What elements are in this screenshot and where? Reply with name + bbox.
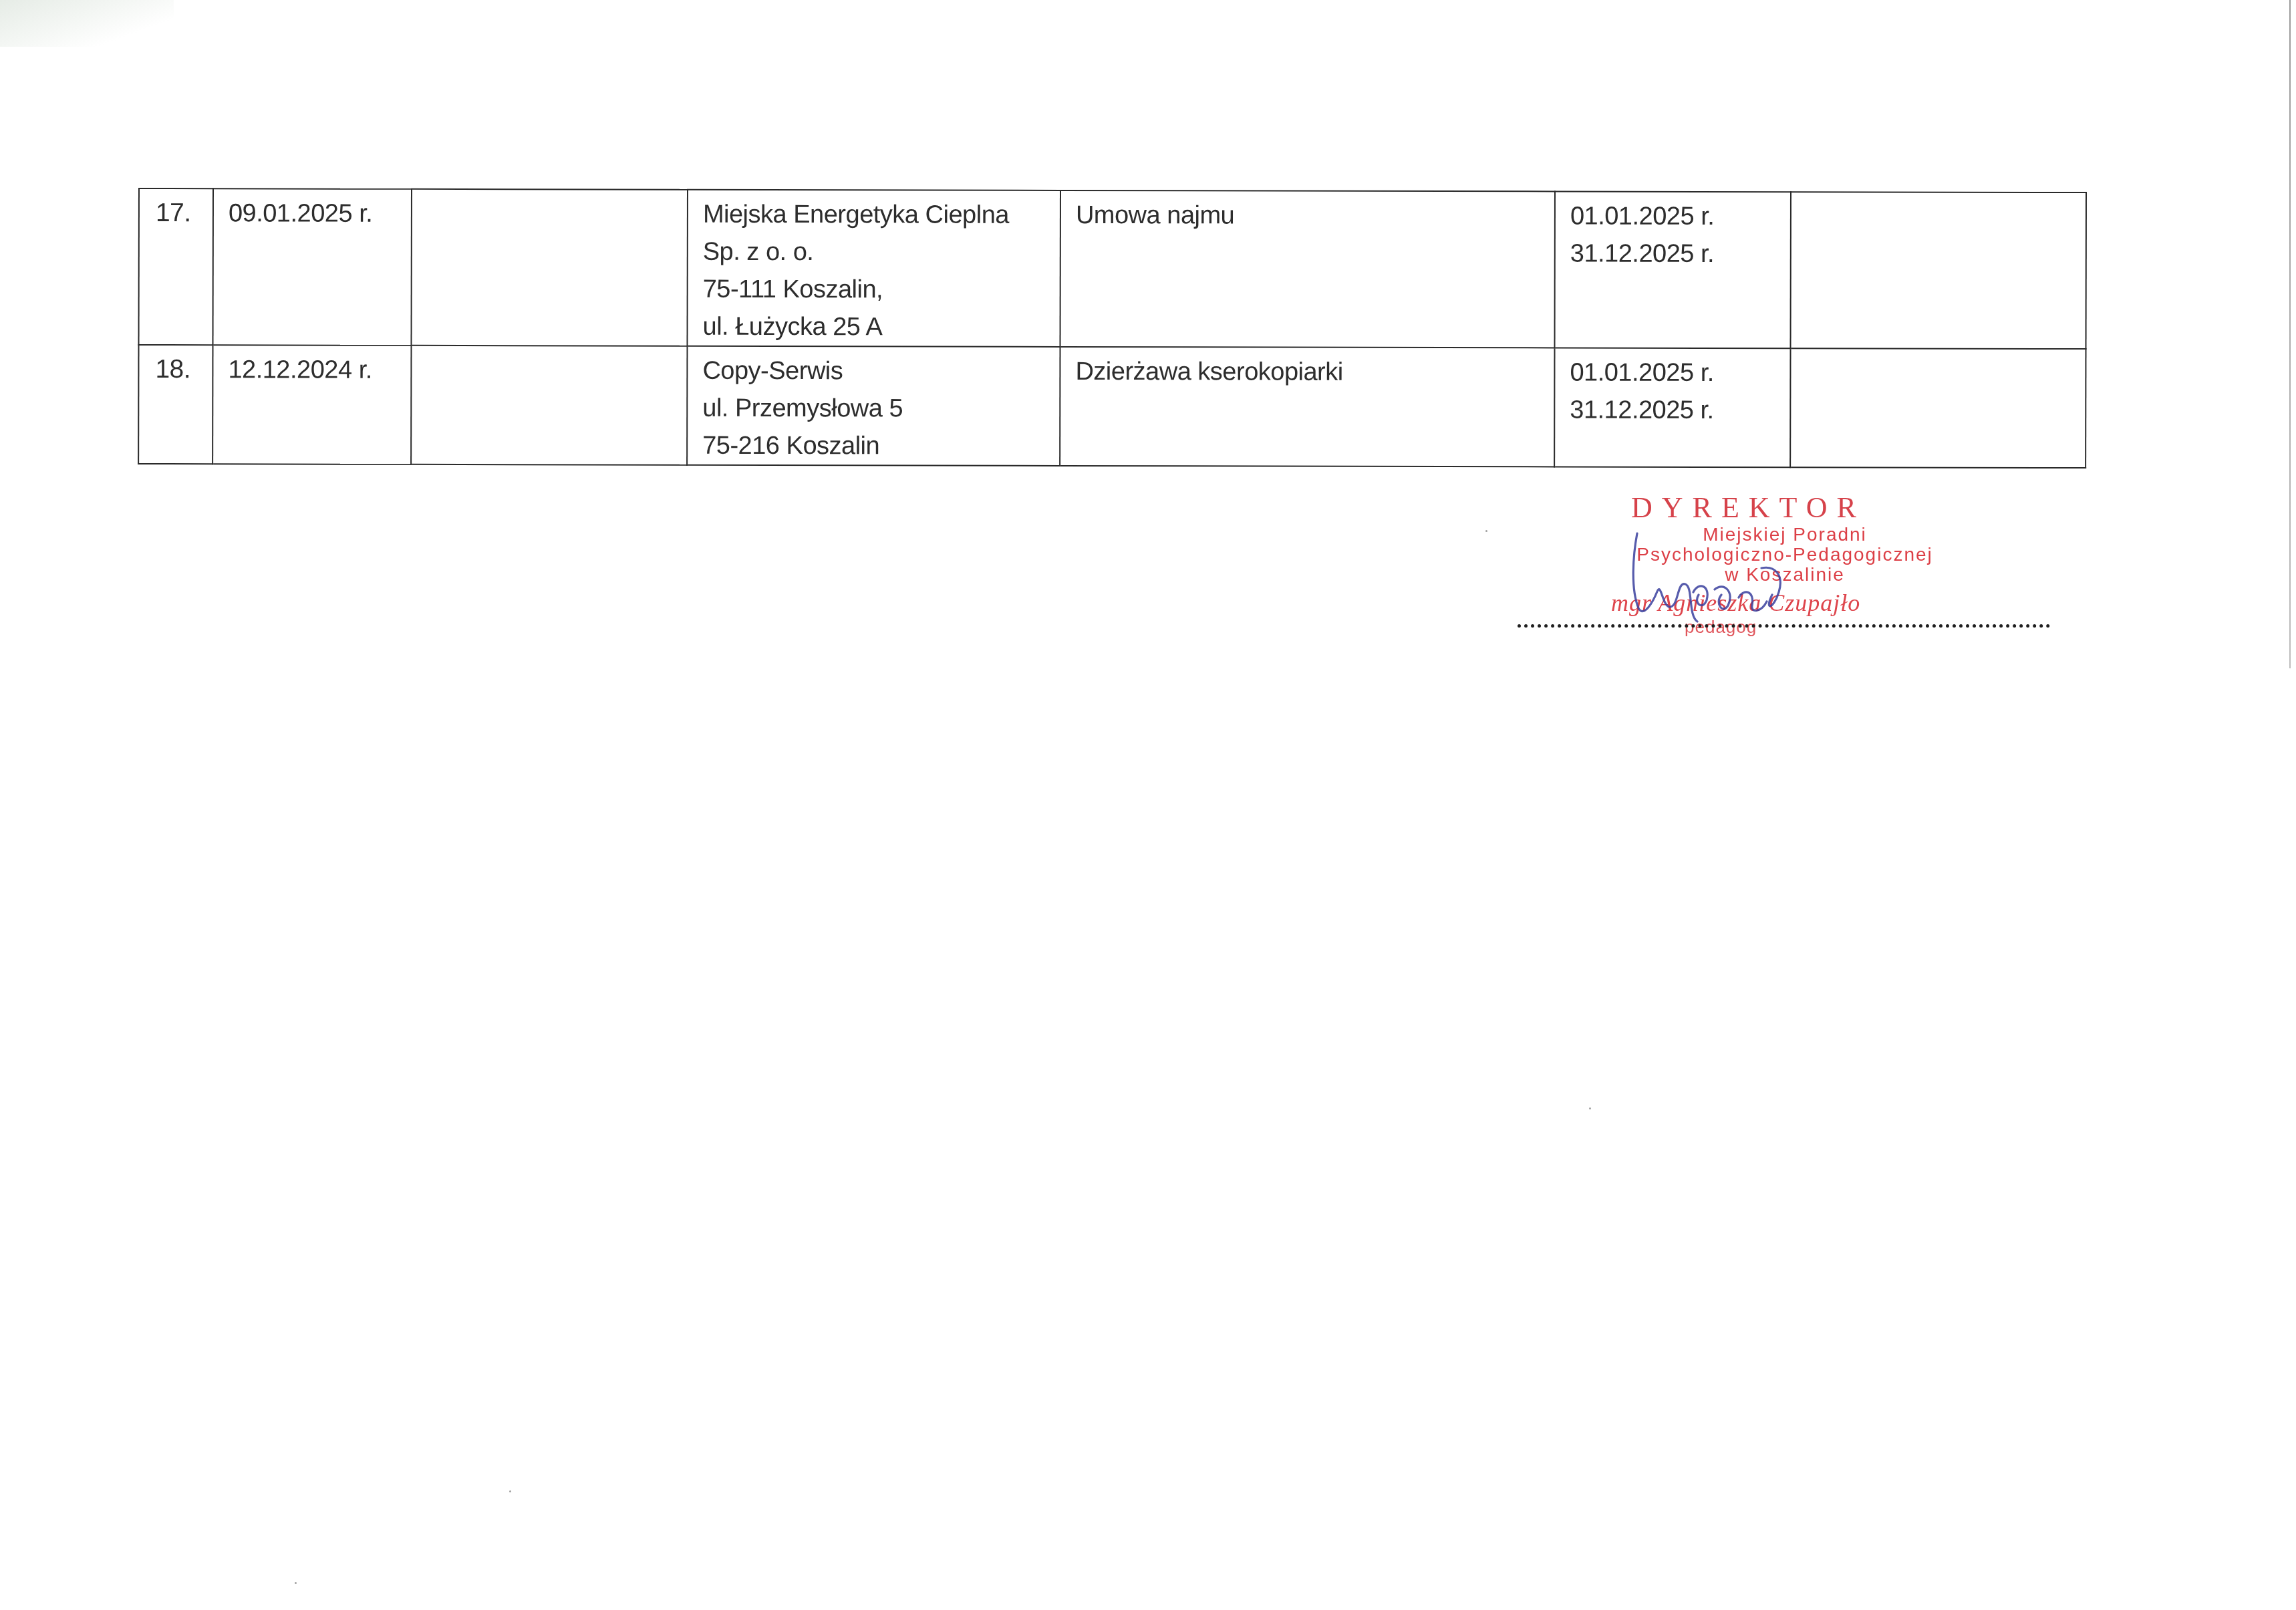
period-end: 31.12.2025 r. [1570, 391, 1777, 429]
contractor-name: Miejska Energetyka Cieplna [703, 196, 1048, 234]
row-number: 18. [138, 345, 212, 464]
contracts-table: 17. 09.01.2025 r. Miejska Energetyka Cie… [138, 188, 2087, 468]
scan-speck [1589, 1107, 1591, 1109]
empty-cell [412, 189, 688, 346]
contract-subject: Umowa najmu [1060, 190, 1555, 348]
contractor-cell: Miejska Energetyka Cieplna Sp. z o. o. 7… [688, 190, 1060, 347]
stamp-title: DYREKTOR [1631, 491, 1866, 525]
contractor-street: ul. Łużycka 25 A [703, 308, 1048, 346]
contract-date: 09.01.2025 r. [213, 188, 412, 346]
table-row: 17. 09.01.2025 r. Miejska Energetyka Cie… [139, 188, 2086, 349]
contractor-legal-form: Sp. z o. o. [703, 233, 1048, 271]
contractor-cell: Copy-Serwis ul. Przemysłowa 5 75-216 Kos… [687, 346, 1060, 466]
contract-date: 12.12.2024 r. [212, 345, 411, 464]
scan-speck [295, 1582, 297, 1584]
scan-speck [1485, 530, 1487, 532]
empty-cell [1791, 192, 2086, 349]
contract-subject: Dzierżawa kserokopiarki [1060, 347, 1554, 467]
empty-cell [1790, 348, 2086, 468]
empty-cell [411, 346, 687, 465]
period-start: 01.01.2025 r. [1570, 354, 1777, 392]
contract-period: 01.01.2025 r. 31.12.2025 r. [1554, 348, 1790, 467]
contractor-street: ul. Przemysłowa 5 [702, 390, 1047, 428]
handwritten-signature-icon [1624, 528, 1804, 628]
contractor-city: 75-216 Koszalin [702, 427, 1047, 465]
contractor-name: Copy-Serwis [702, 352, 1047, 390]
row-number: 17. [139, 188, 213, 345]
scan-shadow-artifact [0, 0, 174, 47]
scan-edge-artifact [2289, 0, 2291, 668]
period-end: 31.12.2025 r. [1570, 235, 1778, 273]
contract-period: 01.01.2025 r. 31.12.2025 r. [1555, 191, 1791, 348]
scan-speck [509, 1490, 511, 1492]
signature-dotted-line [1518, 624, 2050, 628]
contractor-city: 75-111 Koszalin, [703, 271, 1048, 309]
table-row: 18. 12.12.2024 r. Copy-Serwis ul. Przemy… [138, 345, 2086, 468]
period-start: 01.01.2025 r. [1570, 197, 1778, 235]
